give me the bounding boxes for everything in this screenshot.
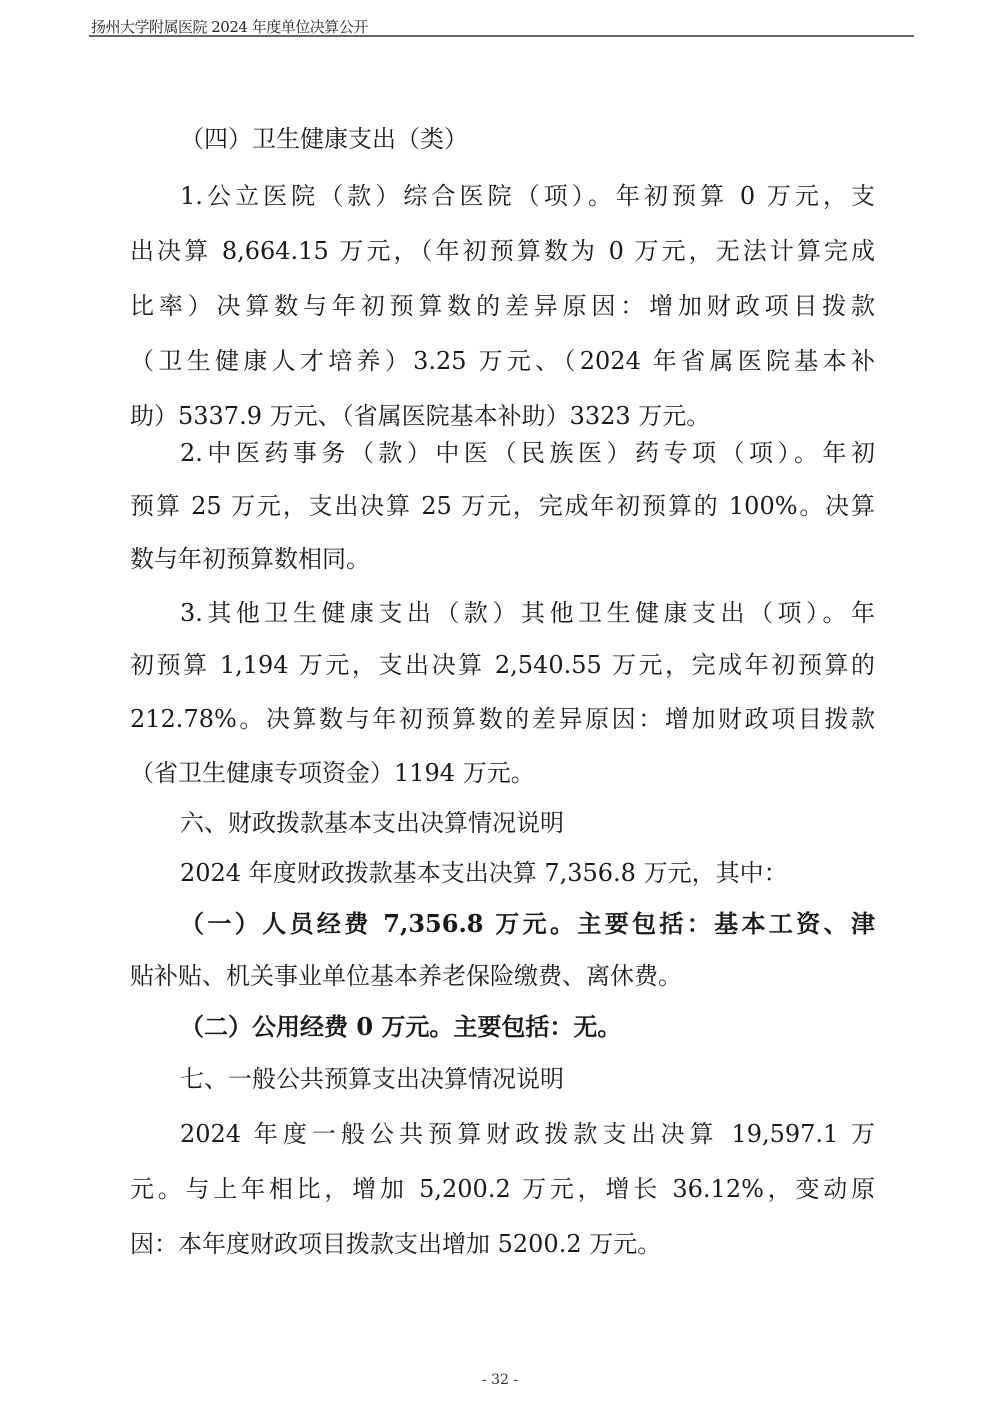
section7-heading: 七、一般公共预算支出决算情况说明 [180, 1064, 564, 1094]
item2-line-3: 数与年初预算数相同。 [130, 544, 370, 574]
item1-line-3: 比率）决算数与年初预算数的差异原因：增加财政项目拨款 [130, 291, 875, 321]
item2-line-1: 2.中医药事务（款）中医（民族医）药专项（项）。年初 [180, 438, 875, 468]
section6-heading: 六、财政拨款基本支出决算情况说明 [180, 808, 564, 838]
section6-intro: 2024 年度财政拨款基本支出决算 7,356.8 万元，其中： [180, 858, 788, 888]
item3-line-1: 3.其他卫生健康支出（款）其他卫生健康支出（项）。年 [180, 598, 875, 628]
section7-line-2: 元。与上年相比，增加 5,200.2 万元，增长 36.12%，变动原 [130, 1174, 875, 1204]
section7-line-3: 因：本年度财政项目拨款支出增加 5200.2 万元。 [130, 1229, 661, 1259]
item1-line-2: 出决算 8,664.15 万元，（年初预算数为 0 万元，无法计算完成 [130, 236, 875, 266]
item1-line-5: 助）5337.9 万元、（省属医院基本补助）3323 万元。 [130, 401, 710, 431]
item1-line-4: （卫生健康人才培养）3.25 万元、（2024 年省属医院基本补 [130, 346, 875, 376]
section-heading-health: （四）卫生健康支出（类） [180, 124, 468, 154]
item3-line-2: 初预算 1,194 万元，支出决算 2,540.55 万元，完成年初预算的 [130, 650, 875, 680]
item1-line-1: 1.公立医院（款）综合医院（项）。年初预算 0 万元，支 [180, 181, 875, 211]
page-header: 扬州大学附属医院 2024 年度单位决算公开 [89, 12, 914, 36]
header-divider [89, 35, 914, 37]
section7-line-1: 2024 年度一般公共预算财政拨款支出决算 19,597.1 万 [180, 1119, 875, 1149]
page-number: - 32 - [0, 1372, 1000, 1388]
section6-public-line: （二）公用经费 0 万元。主要包括：无。 [180, 1012, 621, 1042]
item3-line-3: 212.78%。决算数与年初预算数的差异原因：增加财政项目拨款 [130, 704, 875, 734]
item2-line-2: 预算 25 万元，支出决算 25 万元，完成年初预算的 100%。决算 [130, 491, 875, 521]
section6-personnel-line-2: 贴补贴、机关事业单位基本养老保险缴费、离休费。 [130, 961, 682, 991]
item3-line-4: （省卫生健康专项资金）1194 万元。 [130, 758, 535, 788]
header-title: 扬州大学附属医院 2024 年度单位决算公开 [91, 16, 368, 37]
section6-personnel-line-1: （一）人员经费 7,356.8 万元。主要包括：基本工资、津 [180, 909, 875, 939]
